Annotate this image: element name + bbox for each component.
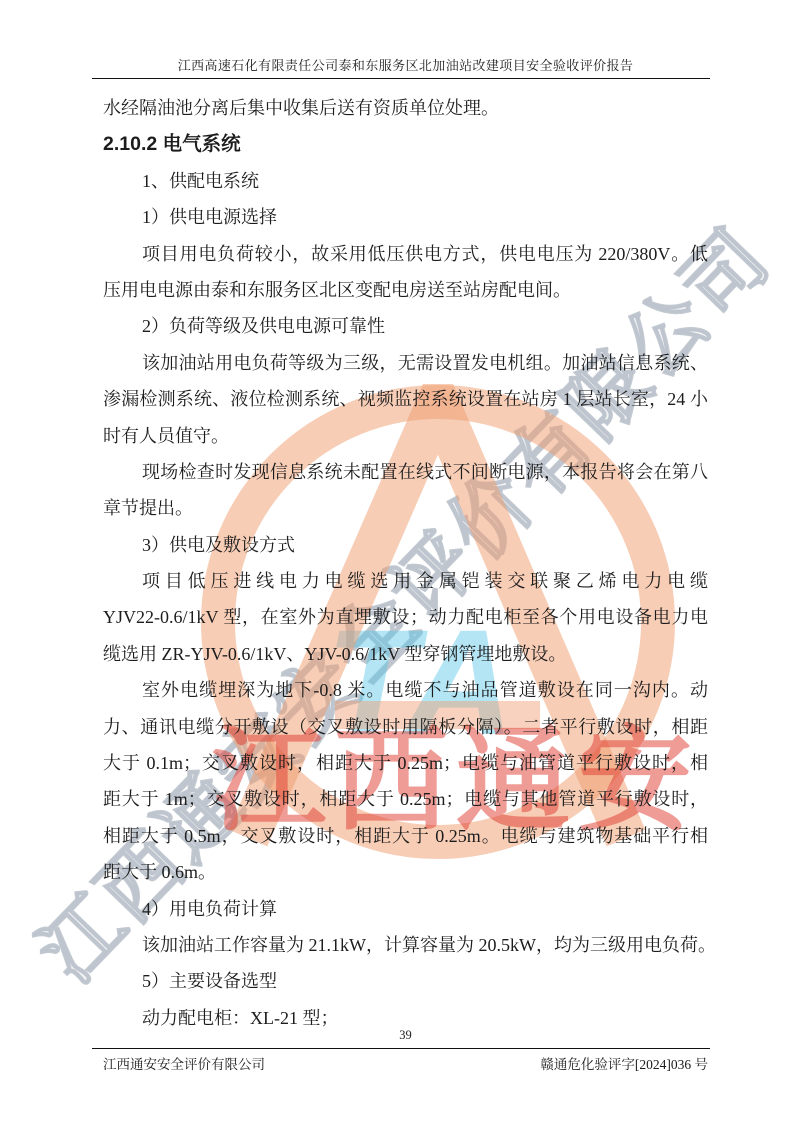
text-line: 该加油站用电负荷等级为三级，无需设置发电机组。加油站信息系统、 bbox=[103, 345, 708, 381]
text-line: 相距大于 0.5m，交叉敷设时，相距大于 0.25m。电缆与建筑物基础平行相 bbox=[103, 818, 708, 854]
footer-doc-number: 赣通危化验评字[2024]036 号 bbox=[540, 1053, 708, 1073]
text-line: 2）负荷等级及供电电源可靠性 bbox=[103, 308, 708, 344]
text-line: 现场检查时发现信息系统未配置在线式不间断电源，本报告将会在第八 bbox=[103, 454, 708, 490]
text-line: 1）供电电源选择 bbox=[103, 199, 708, 235]
text-line: 该加油站工作容量为 21.1kW，计算容量为 20.5kW，均为三级用电负荷。 bbox=[103, 927, 708, 963]
text-line: 项目低压进线电力电缆选用金属铠装交联聚乙烯电力电缆 bbox=[103, 563, 708, 599]
report-page: 江西通安安全评价有限公司 TA 江西通安 江西高速石化有限责任公司泰和东服务区北… bbox=[0, 0, 794, 1123]
text-line: 5）主要设备选型 bbox=[103, 963, 708, 999]
text-line: 3）供电及敷设方式 bbox=[103, 527, 708, 563]
text-line: 时有人员值守。 bbox=[103, 418, 708, 454]
text-line: 室外电缆埋深为地下-0.8 米。电缆不与油品管道敷设在同一沟内。动 bbox=[103, 672, 708, 708]
section-heading: 2.10.2 电气系统 bbox=[103, 126, 708, 162]
text-line: 4）用电负荷计算 bbox=[103, 891, 708, 927]
text-line: 项目用电负荷较小，故采用低压供电方式，供电电压为 220/380V。低 bbox=[103, 236, 708, 272]
text-line: 缆选用 ZR-YJV-0.6/1kV、YJV-0.6/1kV 型穿钢管埋地敷设。 bbox=[103, 636, 708, 672]
text-line: 1、供配电系统 bbox=[103, 163, 708, 199]
text-line: 渗漏检测系统、液位检测系统、视频监控系统设置在站房 1 层站长室，24 小 bbox=[103, 381, 708, 417]
page-header-title: 江西高速石化有限责任公司泰和东服务区北加油站改建项目安全验收评价报告 bbox=[103, 55, 708, 74]
text-line: 大于 0.1m；交叉敷设时，相距大于 0.25m；电缆与油管道平行敷设时，相 bbox=[103, 745, 708, 781]
document-content: 江西高速石化有限责任公司泰和东服务区北加油站改建项目安全验收评价报告 水经隔油池… bbox=[0, 0, 794, 1123]
text-line: 距大于 1m；交叉敷设时，相距大于 0.25m；电缆与其他管道平行敷设时， bbox=[103, 781, 708, 817]
document-lines: 水经隔油池分离后集中收集后送有资质单位处理。2.10.2 电气系统1、供配电系统… bbox=[103, 90, 708, 1036]
text-line: 距大于 0.6m。 bbox=[103, 854, 708, 890]
footer-company: 江西通安安全评价有限公司 bbox=[103, 1053, 265, 1073]
page-number: 39 bbox=[103, 1028, 708, 1043]
text-line: 力、通讯电缆分开敷设（交叉敷设时用隔板分隔）。二者平行敷设时，相距 bbox=[103, 709, 708, 745]
text-line: 章节提出。 bbox=[103, 490, 708, 526]
text-line: YJV22-0.6/1kV 型，在室外为直埋敷设；动力配电柜至各个用电设备电力电 bbox=[103, 599, 708, 635]
footer-rule bbox=[92, 1048, 710, 1049]
page-footer: 江西通安安全评价有限公司 赣通危化验评字[2024]036 号 bbox=[103, 1053, 708, 1073]
text-line: 压用电电源由泰和东服务区北区变配电房送至站房配电间。 bbox=[103, 272, 708, 308]
header-rule bbox=[92, 78, 710, 79]
text-line: 水经隔油池分离后集中收集后送有资质单位处理。 bbox=[103, 90, 708, 126]
